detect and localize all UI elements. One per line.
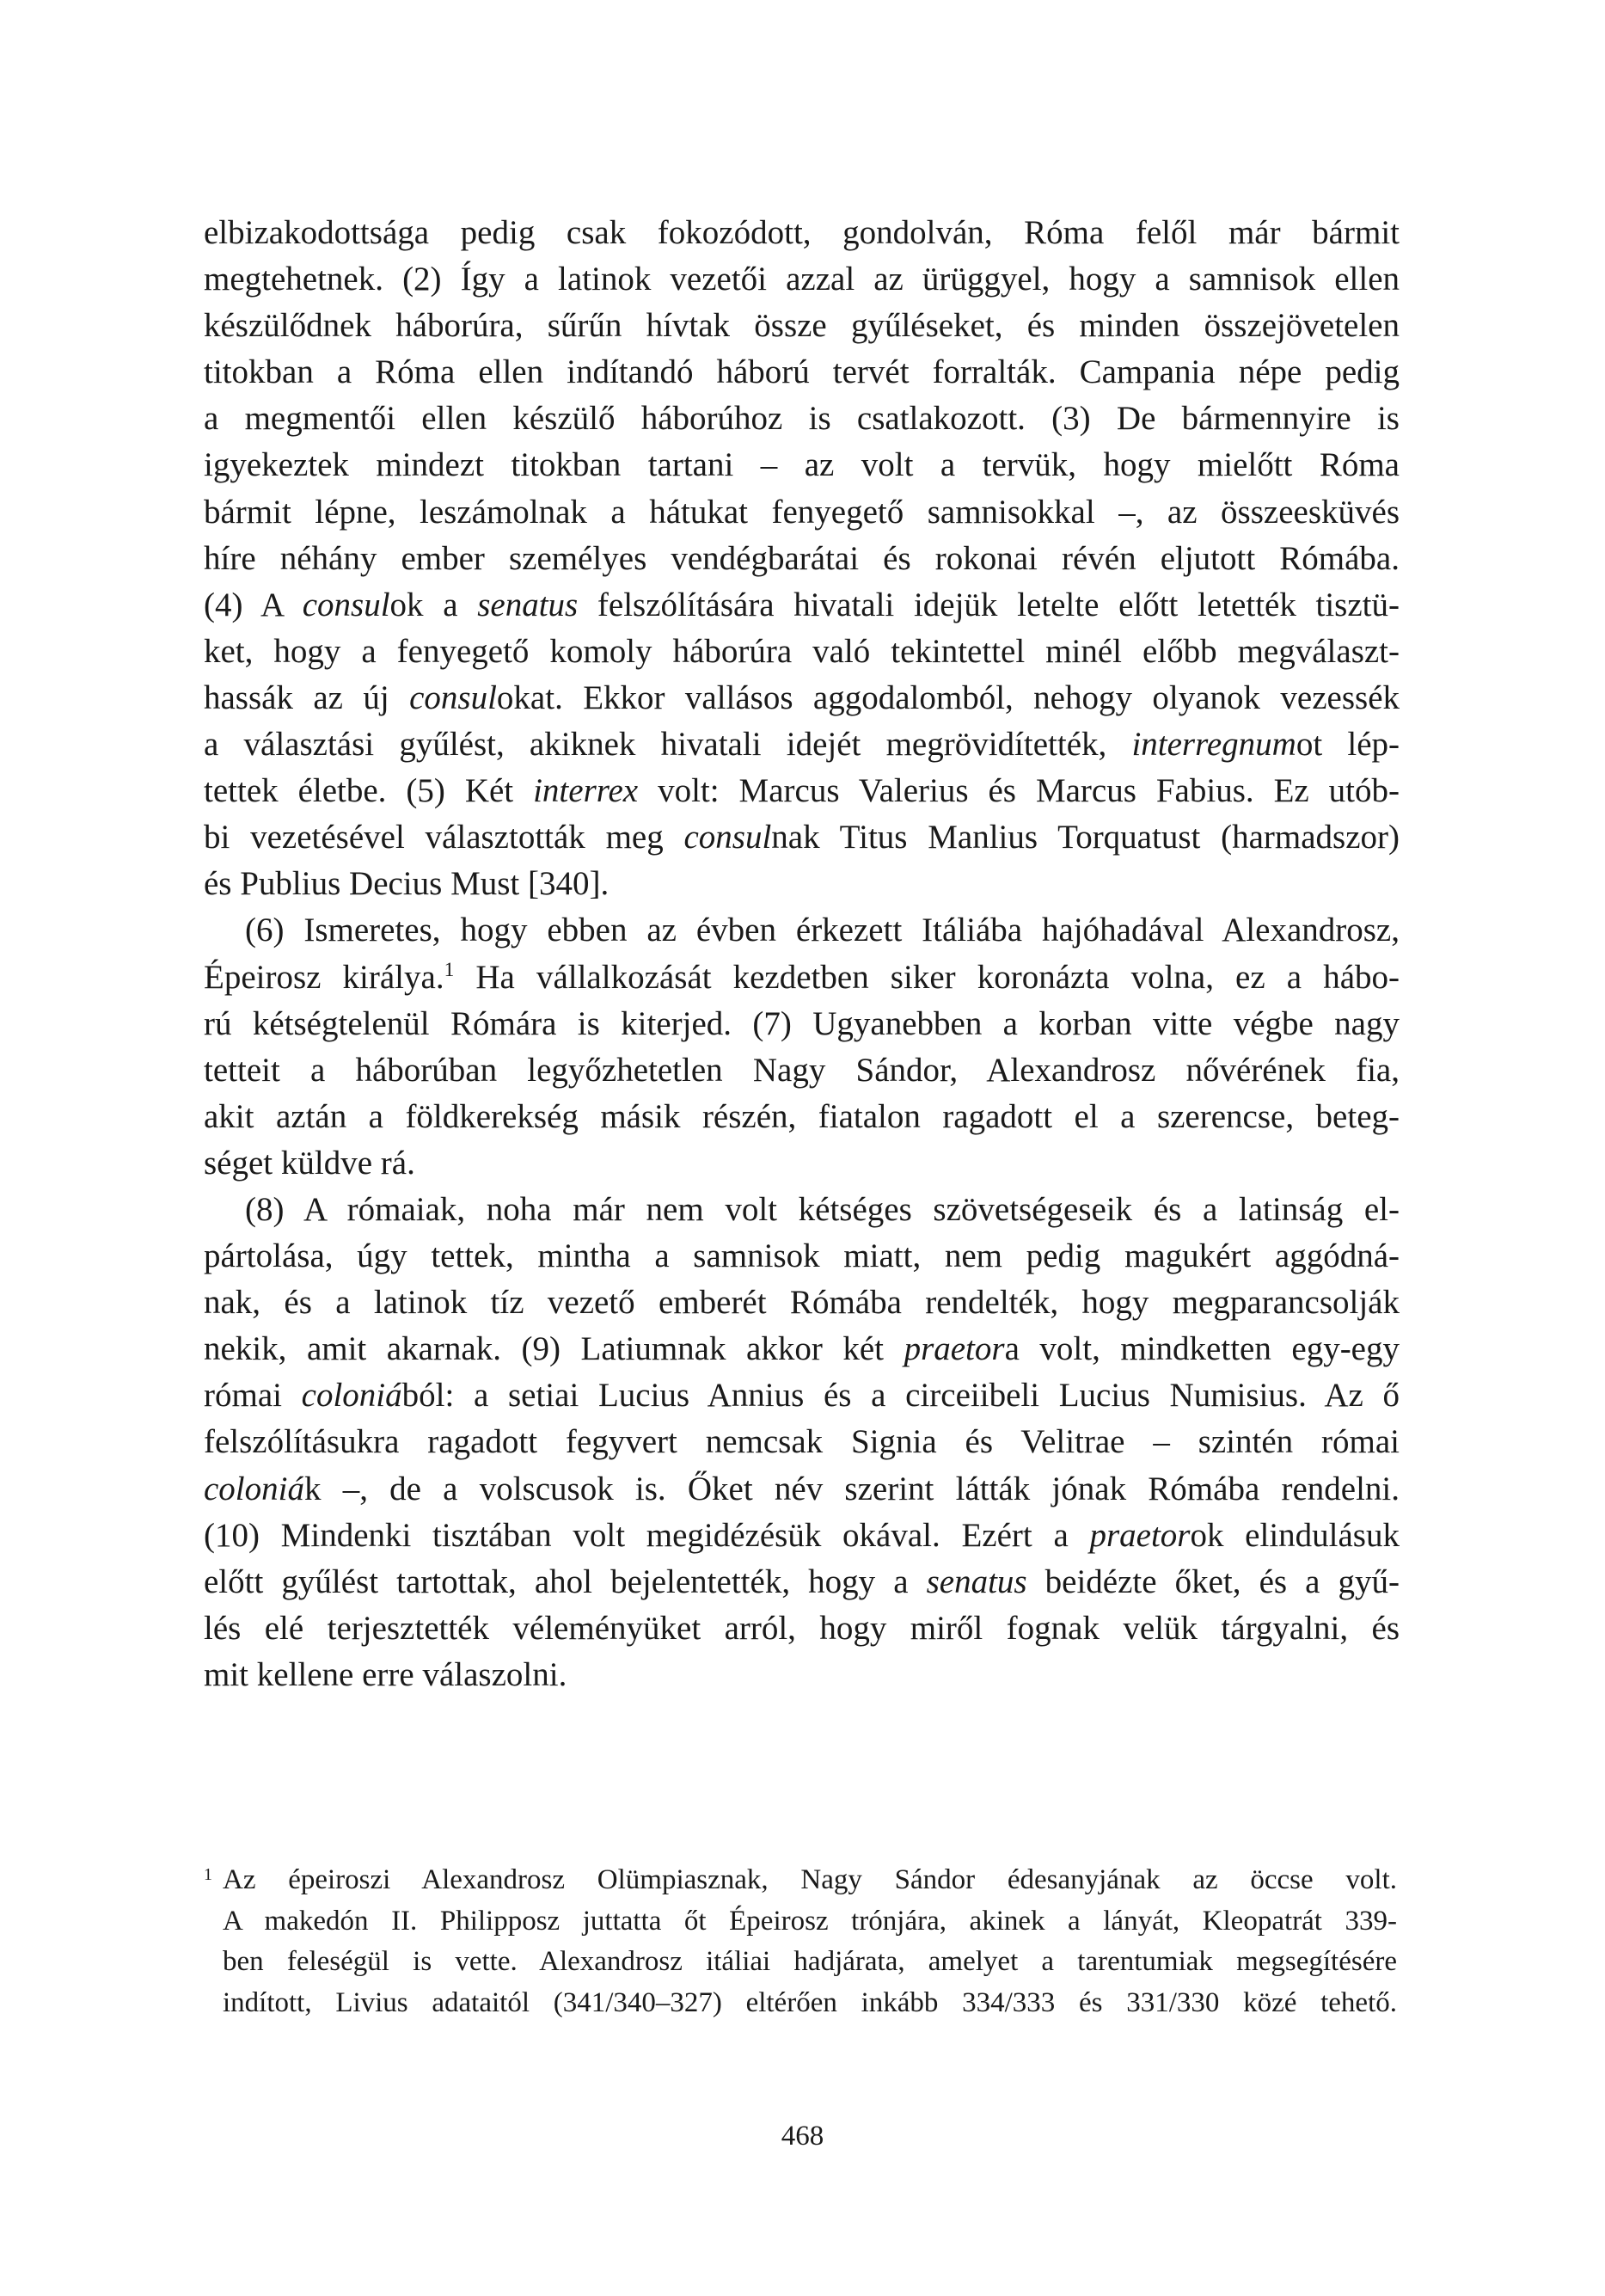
italic-term: coloniá xyxy=(302,1377,402,1414)
footnote-line: ben feleségül is vette. Alexandrosz itál… xyxy=(223,1942,1397,1983)
text-line: Épeirosz királya.1 Ha vállalkozását kezd… xyxy=(204,955,1400,1001)
text-line: titokban a Róma ellen indítandó háború t… xyxy=(204,349,1400,396)
text-run: a volt, mindketten egy-egy xyxy=(1005,1330,1400,1367)
footnote: 1 Az épeiroszi Alexandrosz Olümpiasznak,… xyxy=(204,1860,1397,2023)
main-text-block: elbizakodottsága pedig csak fokozódott, … xyxy=(204,210,1400,1698)
text-run: (8) A rómaiak, noha már nem volt kétsége… xyxy=(245,1191,1400,1228)
text-run: és Publius Decius Must [340]. xyxy=(204,865,609,902)
text-run: k –, de a volscusok is. Őket név szerint… xyxy=(304,1470,1400,1507)
text-line: a megmentői ellen készülő háborúhoz is c… xyxy=(204,396,1400,442)
footnote-line: Az épeiroszi Alexandrosz Olümpiasznak, N… xyxy=(223,1860,1397,1901)
text-run: (4) A xyxy=(204,586,303,623)
text-line: mit kellene erre válaszolni. xyxy=(204,1652,1400,1698)
text-run: Ha vállalkozását kezdetben siker koronáz… xyxy=(454,959,1400,996)
text-run: ot lép- xyxy=(1296,726,1400,763)
footnote-line: A makedón II. Philipposz juttatta őt Épe… xyxy=(223,1901,1397,1943)
text-run: akit aztán a földkerekség másik részén, … xyxy=(204,1098,1400,1135)
text-line: pártolása, úgy tettek, mintha a samnisok… xyxy=(204,1233,1400,1280)
text-line: hassák az új consulokat. Ekkor vallásos … xyxy=(204,675,1400,721)
text-run: nak, és a latinok tíz vezető emberét Róm… xyxy=(204,1284,1400,1321)
text-line: (4) A consulok a senatus felszólítására … xyxy=(204,582,1400,629)
text-line: nekik, amit akarnak. (9) Latiumnak akkor… xyxy=(204,1326,1400,1372)
text-run: rú kétségtelenül Rómára is kiterjed. (7)… xyxy=(204,1005,1400,1042)
text-run: nak Titus Manlius Torquatust (harmadszor… xyxy=(771,819,1400,856)
text-run: ket, hogy a fenyegető komoly háborúra va… xyxy=(204,633,1400,670)
text-line: és Publius Decius Must [340]. xyxy=(204,861,1400,907)
italic-term: interregnum xyxy=(1131,726,1296,763)
text-run: volt: Marcus Valerius és Marcus Fabius. … xyxy=(638,772,1400,809)
italic-term: interrex xyxy=(533,772,638,809)
text-run: előtt gyűlést tartottak, ahol bejelentet… xyxy=(204,1563,927,1600)
text-line: (6) Ismeretes, hogy ebben az évben érkez… xyxy=(204,907,1400,954)
text-run: titokban a Róma ellen indítandó háború t… xyxy=(204,353,1400,390)
text-line: megtehetnek. (2) Így a latinok vezetői a… xyxy=(204,256,1400,303)
italic-term: senatus xyxy=(477,586,578,623)
italic-term: coloniá xyxy=(204,1470,304,1507)
italic-term: senatus xyxy=(927,1563,1027,1600)
text-run: ból: a setiai Lucius Annius és a circeii… xyxy=(402,1377,1400,1414)
text-line: felszólításukra ragadott fegyvert nemcsa… xyxy=(204,1419,1400,1465)
text-line: készülődnek háborúra, sűrűn hívtak össze… xyxy=(204,303,1400,349)
text-line: ket, hogy a fenyegető komoly háborúra va… xyxy=(204,629,1400,675)
text-run: elbizakodottsága pedig csak fokozódott, … xyxy=(204,214,1400,251)
text-line: a választási gyűlést, akiknek hivatali i… xyxy=(204,721,1400,768)
text-run: séget küldve rá. xyxy=(204,1145,415,1182)
text-run: ok a xyxy=(390,586,478,623)
text-line: akit aztán a földkerekség másik részén, … xyxy=(204,1094,1400,1140)
footnote-reference: 1 xyxy=(444,958,455,980)
text-run: tetteit a háborúban legyőzhetetlen Nagy … xyxy=(204,1052,1400,1089)
footnote-line: indított, Livius adataitól (341/340–327)… xyxy=(223,1983,1397,2024)
text-run: felszólítására hivatali idejük letelte e… xyxy=(578,586,1400,623)
text-run: a megmentői ellen készülő háborúhoz is c… xyxy=(204,400,1400,437)
text-run: bármit lépne, leszámolnak a hátukat feny… xyxy=(204,494,1400,531)
text-run: bi vezetésével választották meg xyxy=(204,819,683,856)
text-run: felszólításukra ragadott fegyvert nemcsa… xyxy=(204,1423,1400,1460)
text-line: bi vezetésével választották meg consulna… xyxy=(204,814,1400,861)
text-line: (10) Mindenki tisztában volt megidézésük… xyxy=(204,1513,1400,1559)
italic-term: consul xyxy=(303,586,390,623)
text-run: a választási gyűlést, akiknek hivatali i… xyxy=(204,726,1131,763)
book-page: elbizakodottsága pedig csak fokozódott, … xyxy=(0,0,1605,2296)
text-line: coloniák –, de a volscusok is. Őket név … xyxy=(204,1466,1400,1513)
text-run: megtehetnek. (2) Így a latinok vezetői a… xyxy=(204,261,1400,298)
text-line: rú kétségtelenül Rómára is kiterjed. (7)… xyxy=(204,1001,1400,1047)
text-line: igyekeztek mindezt titokban tartani – az… xyxy=(204,442,1400,488)
italic-term: consul xyxy=(409,679,497,716)
text-run: Épeirosz királya. xyxy=(204,959,444,996)
text-line: tetteit a háborúban legyőzhetetlen Nagy … xyxy=(204,1047,1400,1094)
text-line: előtt gyűlést tartottak, ahol bejelentet… xyxy=(204,1559,1400,1605)
text-line: híre néhány ember személyes vendégbaráta… xyxy=(204,536,1400,582)
text-run: készülődnek háborúra, sűrűn hívtak össze… xyxy=(204,307,1400,344)
text-run: nekik, amit akarnak. (9) Latiumnak akkor… xyxy=(204,1330,904,1367)
text-run: okat. Ekkor vallásos aggodalomból, nehog… xyxy=(497,679,1400,716)
text-run: pártolása, úgy tettek, mintha a samnisok… xyxy=(204,1237,1400,1274)
text-run: hassák az új xyxy=(204,679,409,716)
text-run: mit kellene erre válaszolni. xyxy=(204,1656,567,1693)
text-run: tettek életbe. (5) Két xyxy=(204,772,533,809)
italic-term: praetor xyxy=(1089,1517,1190,1554)
text-run: (10) Mindenki tisztában volt megidézésük… xyxy=(204,1517,1089,1554)
text-run: ok elindulásuk xyxy=(1190,1517,1400,1554)
italic-term: consul xyxy=(683,819,771,856)
text-run: igyekeztek mindezt titokban tartani – az… xyxy=(204,446,1400,483)
text-line: tettek életbe. (5) Két interrex volt: Ma… xyxy=(204,768,1400,814)
text-line: séget küldve rá. xyxy=(204,1140,1400,1187)
text-run: beidézte őket, és a gyű- xyxy=(1027,1563,1400,1600)
text-run: híre néhány ember személyes vendégbaráta… xyxy=(204,540,1400,577)
text-line: római coloniából: a setiai Lucius Annius… xyxy=(204,1372,1400,1419)
text-run: (6) Ismeretes, hogy ebben az évben érkez… xyxy=(245,912,1400,948)
text-line: nak, és a latinok tíz vezető emberét Róm… xyxy=(204,1280,1400,1326)
text-line: lés elé terjesztették véleményüket arról… xyxy=(204,1605,1400,1652)
page-number: 468 xyxy=(0,2121,1605,2152)
text-run: római xyxy=(204,1377,302,1414)
text-line: (8) A rómaiak, noha már nem volt kétsége… xyxy=(204,1187,1400,1233)
footnote-text: Az épeiroszi Alexandrosz Olümpiasznak, N… xyxy=(223,1860,1397,2023)
footnote-number: 1 xyxy=(204,1855,212,1896)
text-line: elbizakodottsága pedig csak fokozódott, … xyxy=(204,210,1400,256)
text-run: lés elé terjesztették véleményüket arról… xyxy=(204,1610,1400,1647)
text-line: bármit lépne, leszámolnak a hátukat feny… xyxy=(204,489,1400,536)
italic-term: praetor xyxy=(904,1330,1005,1367)
